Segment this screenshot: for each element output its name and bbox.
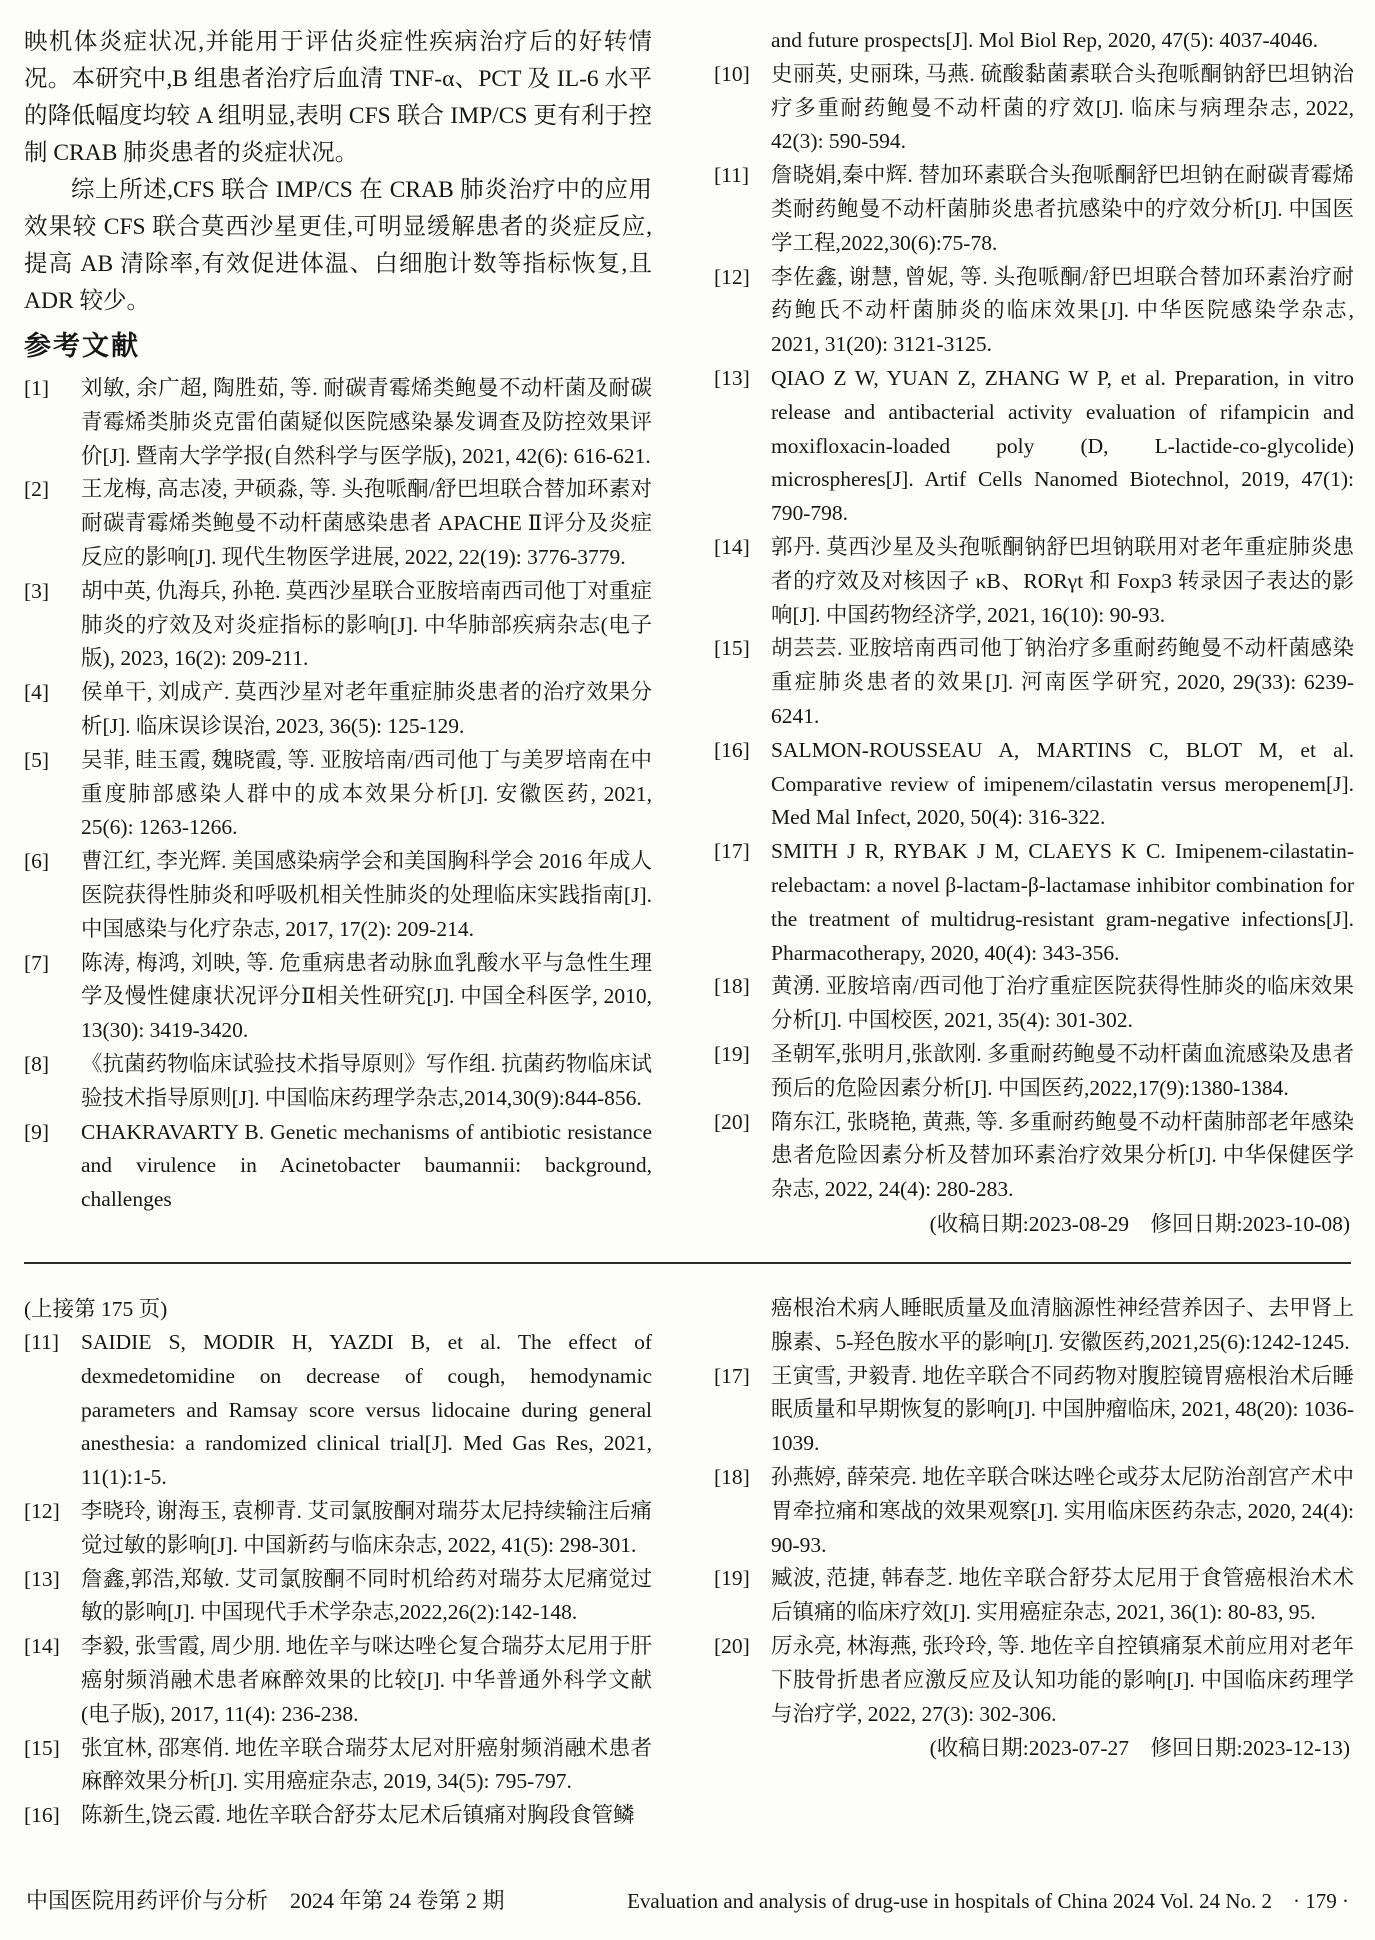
reference-text: 曹江红, 李光辉. 美国感染病学会和美国胸科学会 2016 年成人医院获得性肺炎… [81, 849, 652, 941]
reference-text: 臧波, 范捷, 韩春芝. 地佐辛联合舒芬太尼用于食管癌根治术术后镇痛的临床疗效[… [771, 1566, 1354, 1624]
reference-number: [1] [24, 372, 49, 406]
reference-text: 史丽英, 史丽珠, 马燕. 硫酸黏菌素联合头孢哌酮钠舒巴坦钠治疗多重耐药鲍曼不动… [771, 62, 1354, 154]
reference-text: 厉永亮, 林海燕, 张玲玲, 等. 地佐辛自控镇痛泵术前应用对老年下肢骨折患者应… [771, 1634, 1354, 1726]
reference-item: [10] 史丽英, 史丽珠, 马燕. 硫酸黏菌素联合头孢哌酮钠舒巴坦钠治疗多重耐… [714, 58, 1354, 159]
reference-item: [13] QIAO Z W, YUAN Z, ZHANG W P, et al.… [714, 362, 1354, 531]
reference-item: [9] CHAKRAVARTY B. Genetic mechanisms of… [24, 1116, 652, 1217]
footer-journal-title-cn: 中国医院用药评价与分析 2024 年第 24 卷第 2 期 [26, 1886, 505, 1916]
reference-item: [20] 厉永亮, 林海燕, 张玲玲, 等. 地佐辛自控镇痛泵术前应用对老年下肢… [714, 1630, 1354, 1731]
reference-number: [9] [24, 1116, 49, 1150]
reference-text: 郭丹. 莫西沙星及头孢哌酮钠舒巴坦钠联用对老年重症肺炎患者的疗效及对核因子 κB… [771, 535, 1354, 627]
reference-text: 圣朝军,张明月,张歆刚. 多重耐药鲍曼不动杆菌血流感染及患者预后的危险因素分析[… [771, 1042, 1354, 1100]
reference-text: 胡芸芸. 亚胺培南西司他丁钠治疗多重耐药鲍曼不动杆菌感染重症肺炎患者的效果[J]… [771, 636, 1354, 728]
reference-number: [17] [714, 1360, 750, 1394]
reference-item: [6] 曹江红, 李光辉. 美国感染病学会和美国胸科学会 2016 年成人医院获… [24, 845, 652, 946]
reference-number: [15] [714, 632, 750, 666]
reference-number: [6] [24, 845, 49, 879]
reference-item: [11] 詹晓娟,秦中辉. 替加环素联合头孢哌酮舒巴坦钠在耐碳青霉烯类耐药鲍曼不… [714, 159, 1354, 260]
reference-number: [11] [714, 159, 749, 193]
reference-text: 王寅雪, 尹毅青. 地佐辛联合不同药物对腹腔镜胃癌根治术后睡眠质量和早期恢复的影… [771, 1364, 1354, 1456]
reference-item: [14] 李毅, 张雪霞, 周少朋. 地佐辛与咪达唑仑复合瑞芬太尼用于肝癌射频消… [24, 1630, 652, 1731]
reference-continuation: and future prospects[J]. Mol Biol Rep, 2… [714, 24, 1354, 58]
reference-item: [3] 胡中英, 仇海兵, 孙艳. 莫西沙星联合亚胺培南西司他丁对重症肺炎的疗效… [24, 575, 652, 676]
reference-item: [16] 陈新生,饶云霞. 地佐辛联合舒芬太尼术后镇痛对胸段食管鳞 [24, 1799, 652, 1833]
reference-number: [18] [714, 970, 750, 1004]
reference-text: CHAKRAVARTY B. Genetic mechanisms of ant… [81, 1120, 652, 1212]
reference-item: [1] 刘敏, 余广超, 陶胜茹, 等. 耐碳青霉烯类鲍曼不动杆菌及耐碳青霉烯类… [24, 372, 652, 473]
reference-text: 陈涛, 梅鸿, 刘映, 等. 危重病患者动脉血乳酸水平与急性生理学及慢性健康状况… [81, 951, 652, 1043]
reference-item: [19] 臧波, 范捷, 韩春芝. 地佐辛联合舒芬太尼用于食管癌根治术术后镇痛的… [714, 1562, 1354, 1630]
reference-item: [18] 孙燕婷, 薛荣亮. 地佐辛联合咪达唑仑或芬太尼防治剖宫产术中胃牵拉痛和… [714, 1461, 1354, 1562]
reference-number: [12] [24, 1495, 60, 1529]
reference-text: 孙燕婷, 薛荣亮. 地佐辛联合咪达唑仑或芬太尼防治剖宫产术中胃牵拉痛和寒战的效果… [771, 1465, 1354, 1557]
reference-text: 李佐鑫, 谢慧, 曾妮, 等. 头孢哌酮/舒巴坦联合替加环素治疗耐药鲍氏不动杆菌… [771, 265, 1354, 357]
received-revised-dates: (收稿日期:2023-08-29 修回日期:2023-10-08) [714, 1207, 1354, 1241]
reference-text: 侯单干, 刘成产. 莫西沙星对老年重症肺炎患者的治疗效果分析[J]. 临床误诊误… [81, 680, 652, 738]
top-left-column: 映机体炎症状况,并能用于评估炎症性疾病治疗后的好转情况。本研究中,B 组患者治疗… [24, 24, 652, 1241]
bottom-left-column: (上接第 175 页) [11] SAIDIE S, MODIR H, YAZD… [24, 1292, 652, 1833]
reference-text: 胡中英, 仇海兵, 孙艳. 莫西沙星联合亚胺培南西司他丁对重症肺炎的疗效及对炎症… [81, 579, 652, 671]
top-right-column: and future prospects[J]. Mol Biol Rep, 2… [714, 24, 1354, 1241]
reference-number: [11] [24, 1326, 59, 1360]
reference-item: [2] 王龙梅, 高志凌, 尹硕淼, 等. 头孢哌酮/舒巴坦联合替加环素对耐碳青… [24, 473, 652, 574]
reference-item: [20] 隋东江, 张晓艳, 黄燕, 等. 多重耐药鲍曼不动杆菌肺部老年感染患者… [714, 1106, 1354, 1207]
reference-number: [13] [714, 362, 750, 396]
reference-text: 陈新生,饶云霞. 地佐辛联合舒芬太尼术后镇痛对胸段食管鳞 [81, 1803, 635, 1827]
journal-page: 映机体炎症状况,并能用于评估炎症性疾病治疗后的好转情况。本研究中,B 组患者治疗… [0, 0, 1375, 1940]
reference-item: [18] 黄湧. 亚胺培南/西司他丁治疗重症医院获得性肺炎的临床效果分析[J].… [714, 970, 1354, 1038]
section-divider [24, 1262, 1351, 1264]
closing-paragraph: 综上所述,CFS 联合 IMP/CS 在 CRAB 肺炎治疗中的应用效果较 CF… [24, 172, 652, 320]
references-heading: 参考文献 [24, 324, 652, 368]
reference-text: 刘敏, 余广超, 陶胜茹, 等. 耐碳青霉烯类鲍曼不动杆菌及耐碳青霉烯类肺炎克雷… [81, 376, 652, 468]
reference-item: [12] 李佐鑫, 谢慧, 曾妮, 等. 头孢哌酮/舒巴坦联合替加环素治疗耐药鲍… [714, 261, 1354, 362]
reference-number: [16] [24, 1799, 60, 1833]
reference-text: 黄湧. 亚胺培南/西司他丁治疗重症医院获得性肺炎的临床效果分析[J]. 中国校医… [771, 974, 1354, 1032]
continued-from-note: (上接第 175 页) [24, 1292, 652, 1326]
reference-item: [11] SAIDIE S, MODIR H, YAZDI B, et al. … [24, 1326, 652, 1495]
reference-item: [5] 吴菲, 眭玉霞, 魏晓霞, 等. 亚胺培南/西司他丁与美罗培南在中重度肺… [24, 744, 652, 845]
reference-item: [8] 《抗菌药物临床试验技术指导原则》写作组. 抗菌药物临床试验技术指导原则[… [24, 1048, 652, 1116]
reference-number: [12] [714, 261, 750, 295]
reference-text: 李毅, 张雪霞, 周少朋. 地佐辛与咪达唑仑复合瑞芬太尼用于肝癌射频消融术患者麻… [81, 1634, 652, 1726]
reference-text: 王龙梅, 高志凌, 尹硕淼, 等. 头孢哌酮/舒巴坦联合替加环素对耐碳青霉烯类鲍… [81, 477, 652, 569]
reference-item: [13] 詹鑫,郭浩,郑敏. 艾司氯胺酮不同时机给药对瑞芬太尼痛觉过敏的影响[J… [24, 1563, 652, 1631]
reference-number: [3] [24, 575, 49, 609]
reference-text: SALMON-ROUSSEAU A, MARTINS C, BLOT M, et… [771, 738, 1354, 830]
reference-number: [20] [714, 1106, 750, 1140]
reference-text: 李晓玲, 谢海玉, 袁柳青. 艾司氯胺酮对瑞芬太尼持续输注后痛觉过敏的影响[J]… [81, 1499, 652, 1557]
reference-text: 癌根治术病人睡眠质量及血清脑源性神经营养因子、去甲肾上腺素、5-羟色胺水平的影响… [771, 1296, 1354, 1354]
article-end-section: 映机体炎症状况,并能用于评估炎症性疾病治疗后的好转情况。本研究中,B 组患者治疗… [24, 24, 1354, 1241]
reference-number: [14] [714, 531, 750, 565]
footer-journal-title-en: Evaluation and analysis of drug-use in h… [627, 1886, 1349, 1916]
reference-number: [20] [714, 1630, 750, 1664]
reference-number: [14] [24, 1630, 60, 1664]
reference-text: 张宜林, 邵寒俏. 地佐辛联合瑞芬太尼对肝癌射频消融术患者麻醉效果分析[J]. … [81, 1736, 652, 1794]
reference-item: [12] 李晓玲, 谢海玉, 袁柳青. 艾司氯胺酮对瑞芬太尼持续输注后痛觉过敏的… [24, 1495, 652, 1563]
reference-text: 《抗菌药物临床试验技术指导原则》写作组. 抗菌药物临床试验技术指导原则[J]. … [81, 1052, 652, 1110]
reference-item: [7] 陈涛, 梅鸿, 刘映, 等. 危重病患者动脉血乳酸水平与急性生理学及慢性… [24, 947, 652, 1048]
reference-item: [17] 王寅雪, 尹毅青. 地佐辛联合不同药物对腹腔镜胃癌根治术后睡眠质量和早… [714, 1360, 1354, 1461]
reference-item: [17] SMITH J R, RYBAK J M, CLAEYS K C. I… [714, 835, 1354, 970]
reference-number: [18] [714, 1461, 750, 1495]
reference-number: [15] [24, 1732, 60, 1766]
reference-number: [4] [24, 676, 49, 710]
reference-number: [16] [714, 734, 750, 768]
reference-item: [15] 张宜林, 邵寒俏. 地佐辛联合瑞芬太尼对肝癌射频消融术患者麻醉效果分析… [24, 1732, 652, 1800]
reference-number: [2] [24, 473, 49, 507]
bottom-right-column: 癌根治术病人睡眠质量及血清脑源性神经营养因子、去甲肾上腺素、5-羟色胺水平的影响… [714, 1292, 1354, 1833]
reference-text: QIAO Z W, YUAN Z, ZHANG W P, et al. Prep… [771, 366, 1354, 525]
reference-item: [4] 侯单干, 刘成产. 莫西沙星对老年重症肺炎患者的治疗效果分析[J]. 临… [24, 676, 652, 744]
reference-number: [7] [24, 947, 49, 981]
reference-text: 吴菲, 眭玉霞, 魏晓霞, 等. 亚胺培南/西司他丁与美罗培南在中重度肺部感染人… [81, 748, 652, 840]
reference-number: [17] [714, 835, 750, 869]
reference-text: 詹鑫,郭浩,郑敏. 艾司氯胺酮不同时机给药对瑞芬太尼痛觉过敏的影响[J]. 中国… [81, 1567, 652, 1625]
reference-continuation: 癌根治术病人睡眠质量及血清脑源性神经营养因子、去甲肾上腺素、5-羟色胺水平的影响… [714, 1292, 1354, 1360]
continued-references-section: (上接第 175 页) [11] SAIDIE S, MODIR H, YAZD… [24, 1292, 1354, 1833]
received-revised-dates: (收稿日期:2023-07-27 修回日期:2023-12-13) [714, 1731, 1354, 1765]
reference-item: [16] SALMON-ROUSSEAU A, MARTINS C, BLOT … [714, 734, 1354, 835]
reference-number: [13] [24, 1563, 60, 1597]
reference-text: SAIDIE S, MODIR H, YAZDI B, et al. The e… [81, 1330, 652, 1489]
reference-number: [5] [24, 744, 49, 778]
reference-text: SMITH J R, RYBAK J M, CLAEYS K C. Imipen… [771, 839, 1354, 964]
reference-number: [8] [24, 1048, 49, 1082]
reference-item: [15] 胡芸芸. 亚胺培南西司他丁钠治疗多重耐药鲍曼不动杆菌感染重症肺炎患者的… [714, 632, 1354, 733]
reference-item: [19] 圣朝军,张明月,张歆刚. 多重耐药鲍曼不动杆菌血流感染及患者预后的危险… [714, 1038, 1354, 1106]
reference-number: [19] [714, 1038, 750, 1072]
reference-text: 隋东江, 张晓艳, 黄燕, 等. 多重耐药鲍曼不动杆菌肺部老年感染患者危险因素分… [771, 1110, 1354, 1202]
reference-number: [19] [714, 1562, 750, 1596]
closing-paragraph: 映机体炎症状况,并能用于评估炎症性疾病治疗后的好转情况。本研究中,B 组患者治疗… [24, 24, 652, 172]
reference-item: [14] 郭丹. 莫西沙星及头孢哌酮钠舒巴坦钠联用对老年重症肺炎患者的疗效及对核… [714, 531, 1354, 632]
reference-text: 詹晓娟,秦中辉. 替加环素联合头孢哌酮舒巴坦钠在耐碳青霉烯类耐药鲍曼不动杆菌肺炎… [771, 163, 1354, 255]
reference-text: and future prospects[J]. Mol Biol Rep, 2… [771, 28, 1318, 52]
page-footer: 中国医院用药评价与分析 2024 年第 24 卷第 2 期 Evaluation… [26, 1886, 1349, 1916]
reference-number: [10] [714, 58, 750, 92]
